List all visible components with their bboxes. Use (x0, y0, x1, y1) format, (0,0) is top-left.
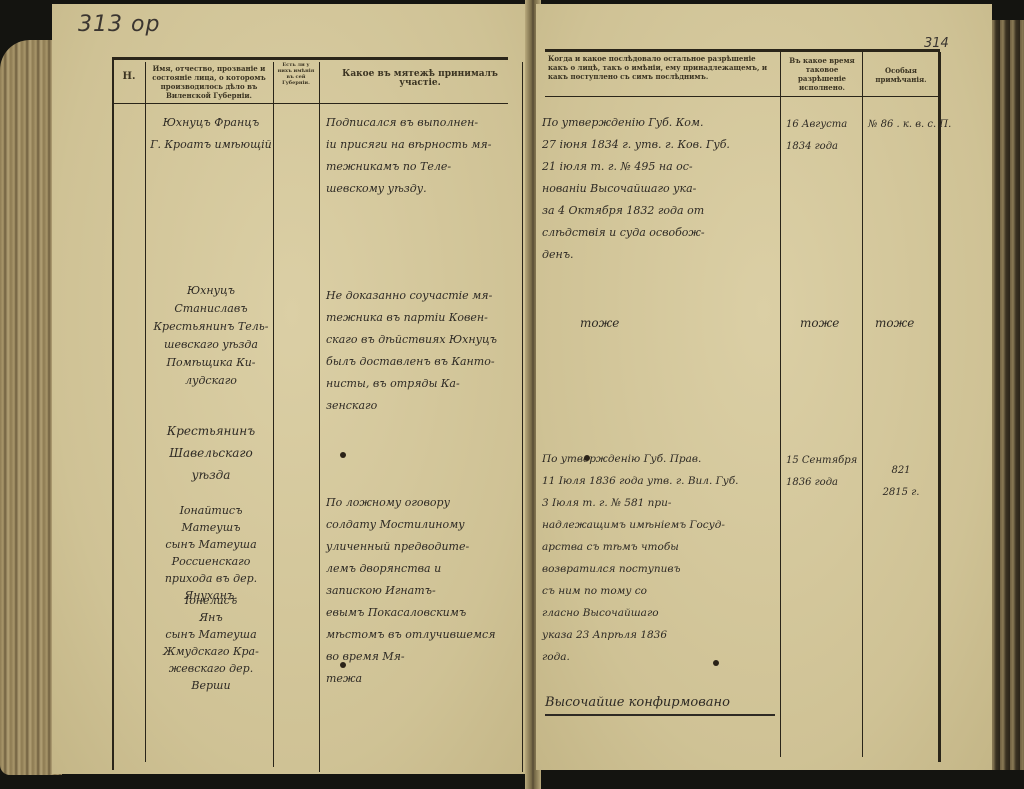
book-edge-right (990, 20, 1024, 770)
table-border-left (112, 58, 114, 770)
entry-2-name: Юхнуцъ Станиславъ Крестьянинъ Тель- шевс… (150, 282, 272, 390)
header-resolution: Когда и какое послѣдовало остальное разр… (548, 54, 778, 81)
paper-hole (584, 455, 590, 461)
entry-5-name: Іонелисъ Янъ сынъ Матеуша Жмудскаго Кра-… (150, 592, 272, 694)
col-divider (273, 62, 274, 767)
entry-2-participation: Не доказанно соучастіе мя- тежника въ па… (326, 285, 521, 417)
entry-3-notes: 821 2815 г. (866, 460, 936, 504)
header-property: Есть ли у нихъ имѣнія въ сей Губерніи. (276, 62, 316, 86)
entry-1-name: Юхнуцъ Францъ Г. Кроатъ имѣющій (150, 112, 272, 156)
col-divider (862, 52, 863, 757)
header-bottom-rule (545, 96, 940, 97)
header-notes: Особыя примѣчанія. (865, 66, 937, 84)
table-top-rule (545, 49, 940, 52)
paper-hole (340, 452, 346, 458)
entry-2-resolution: тоже (580, 312, 760, 334)
header-bottom-rule (112, 103, 508, 104)
col-divider (145, 62, 146, 762)
book-spread: 313 ор Н. Имя, отчество, прозваніе и сос… (0, 0, 1024, 789)
entry-4-participation: По ложному оговору солдату Мостилиному у… (326, 492, 521, 690)
col-divider (522, 62, 523, 772)
confirmation-signature: Высочайше конфирмовано (545, 692, 775, 716)
entry-1-executed: 16 Августа 1834 года (786, 114, 862, 158)
archive-page-number: 313 ор (78, 12, 160, 37)
paper-hole (340, 662, 346, 668)
entry-2-executed: тоже (800, 312, 860, 334)
entry-4-name: Іонайтисъ Матеушъ сынъ Матеуша Россиенск… (150, 502, 272, 604)
header-participation: Какое въ мятежѣ принималъ участіе. (322, 70, 518, 88)
col-divider (780, 52, 781, 757)
header-executed: Въ какое время таковое разрѣшеніе исполн… (783, 56, 861, 92)
table-border-right (938, 52, 941, 762)
header-number: Н. (114, 72, 144, 81)
entry-1-resolution: По утвержденію Губ. Ком. 27 іюня 1834 г.… (542, 112, 778, 266)
entry-3-name: Крестьянинъ Шавельскаго уѣзда (150, 420, 272, 486)
entry-1-notes: № 86 . к. в. с. П. (868, 114, 958, 136)
entry-1-participation: Подписался въ выполнен- іи присяги на вѣ… (326, 112, 521, 200)
entry-3-resolution: По утвержденію Губ. Прав. 11 Іюля 1836 г… (542, 448, 778, 668)
entry-3-executed: 15 Сентября 1836 года (786, 450, 862, 494)
table-top-rule (112, 57, 508, 60)
entry-2-notes: тоже (875, 312, 945, 334)
col-divider (319, 62, 320, 772)
header-name: Имя, отчество, прозваніе и состояніе лиц… (148, 64, 270, 100)
paper-hole (713, 660, 719, 666)
